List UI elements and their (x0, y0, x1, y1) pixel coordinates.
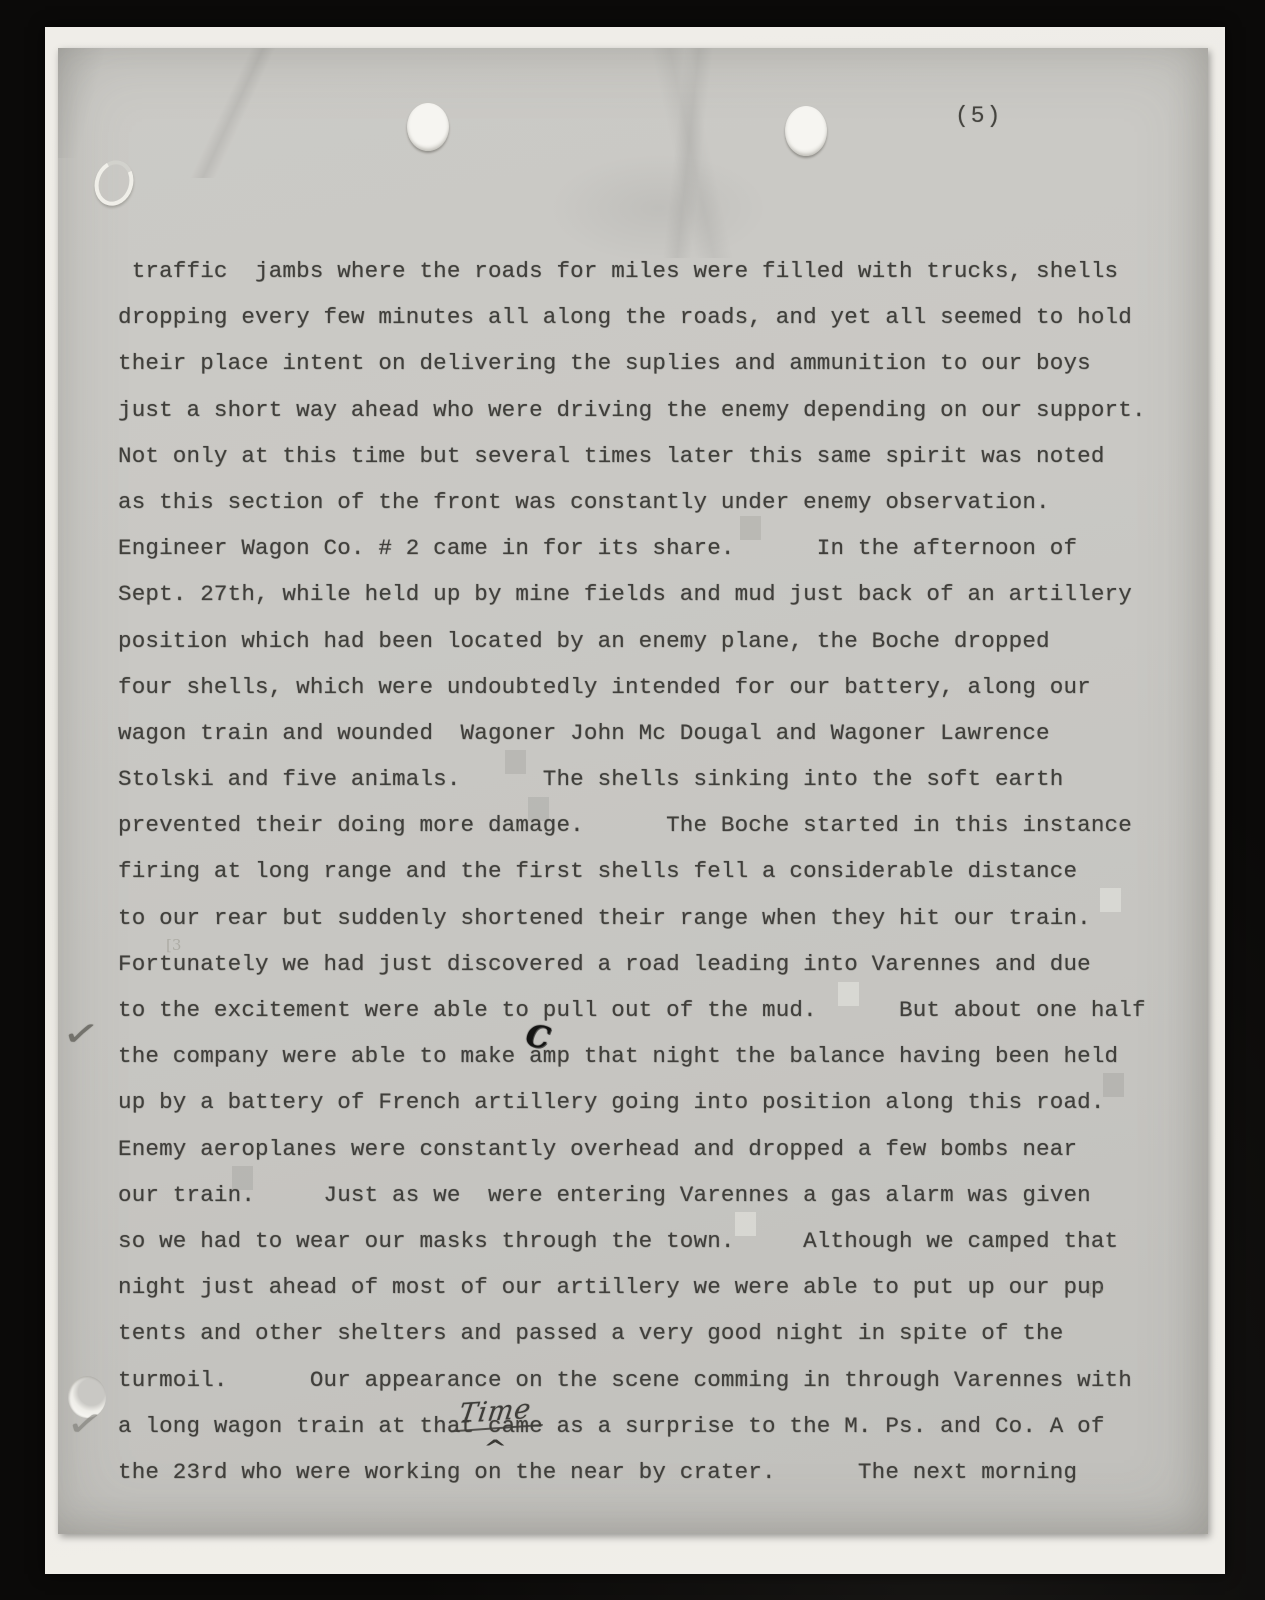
typed-line: Engineer Wagon Co. # 2 came in for its s… (118, 525, 1146, 571)
punch-hole-ring (89, 155, 139, 210)
typed-line: four shells, which were undoubtedly inte… (118, 664, 1146, 710)
typed-line: position which had been located by an en… (118, 618, 1146, 664)
erasure-smudge (740, 516, 761, 540)
typed-line: Not only at this time but several times … (118, 433, 1146, 479)
typed-line: so we had to wear our masks through the … (118, 1218, 1146, 1264)
typed-line: prevented their doing more damage. The B… (118, 802, 1146, 848)
typed-line: firing at long range and the first shell… (118, 848, 1146, 894)
typed-line: tents and other shelters and passed a ve… (118, 1310, 1146, 1356)
handwritten-checkmark-icon: ✓ (60, 1012, 102, 1057)
typed-line: to our rear but suddenly shortened their… (118, 895, 1146, 941)
paper-crease (138, 48, 328, 178)
typed-line: turmoil. Our appearance on the scene com… (118, 1357, 1146, 1403)
typed-line: dropping every few minutes all along the… (118, 294, 1146, 340)
erasure-smudge (528, 797, 549, 821)
typed-line: to the excitement were able to pull out … (118, 987, 1146, 1033)
typed-line: their place intent on delivering the sup… (118, 340, 1146, 386)
typed-line: the 23rd who were working on the near by… (118, 1449, 1146, 1495)
typed-line: Enemy aeroplanes were constantly overhea… (118, 1126, 1146, 1172)
typed-line: up by a battery of French artillery goin… (118, 1079, 1146, 1125)
paper-corner-fold (58, 48, 104, 158)
typed-line: just a short way ahead who were driving … (118, 387, 1146, 433)
erasure-smudge (1103, 1073, 1124, 1097)
typed-line: traffic jambs where the roads for miles … (118, 248, 1146, 294)
typed-line: Sept. 27th, while held up by mine fields… (118, 571, 1146, 617)
erasure-smudge (1100, 888, 1121, 912)
typed-line: the company were able to make amp that n… (118, 1033, 1146, 1079)
typed-text-block: traffic jambs where the roads for miles … (118, 248, 1146, 1495)
handwritten-insert-word: Time (451, 1393, 548, 1433)
page-number: (5) (955, 103, 1002, 129)
handwritten-checkmark-icon: ✓ (64, 1402, 106, 1447)
punch-hole (407, 103, 449, 151)
typed-line: wagon train and wounded Wagoner John Mc … (118, 710, 1146, 756)
document-page: (5) traffic jambs where the roads for mi… (58, 48, 1208, 1534)
punch-hole (785, 106, 827, 156)
erasure-smudge (735, 1212, 756, 1236)
faint-pencil-mark: [3 (166, 936, 181, 954)
typed-line: night just ahead of most of our artiller… (118, 1264, 1146, 1310)
erasure-smudge (505, 750, 526, 774)
insertion-caret: ^ (483, 1436, 507, 1462)
erasure-smudge (838, 982, 859, 1006)
typed-line: Stolski and five animals. The shells sin… (118, 756, 1146, 802)
erasure-smudge (232, 1166, 253, 1190)
typed-line: Fortunately we had just discovered a roa… (118, 941, 1146, 987)
faint-pencil-mark: [3 (1088, 1280, 1103, 1298)
typed-line: as this section of the front was constan… (118, 479, 1146, 525)
typed-line: our train. Just as we were entering Vare… (118, 1172, 1146, 1218)
typed-line: a long wagon train at that came as a sur… (118, 1403, 1146, 1449)
